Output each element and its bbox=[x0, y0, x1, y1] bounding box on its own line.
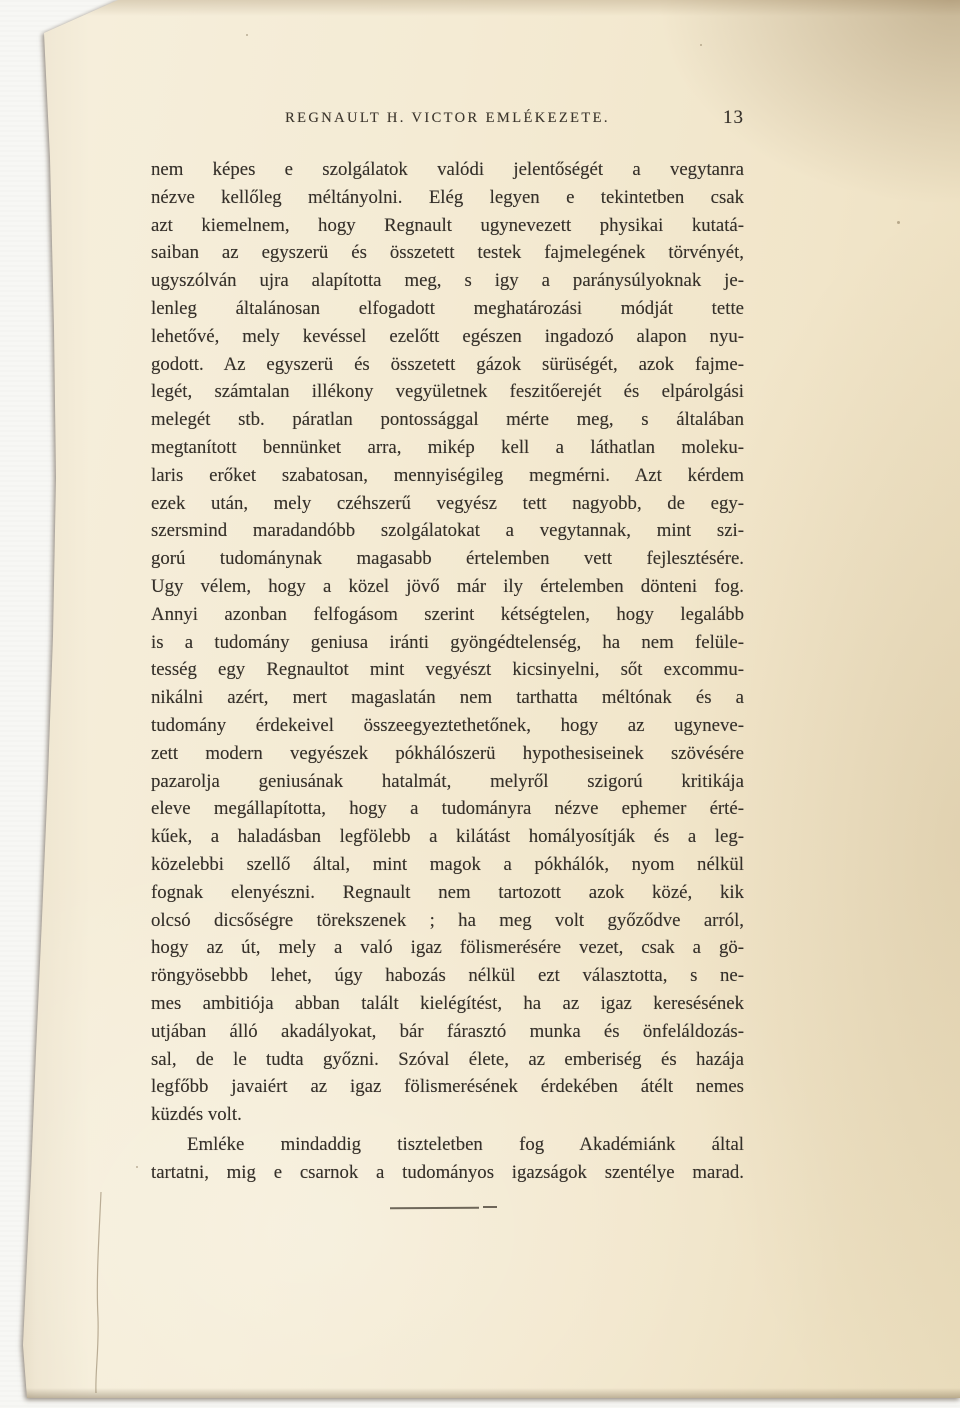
paper-speck bbox=[897, 221, 900, 224]
text-line: gorú tudománynak magasabb értelemben vet… bbox=[151, 545, 744, 573]
text-line: sal, de le tudta győzni. Szóval élete, a… bbox=[151, 1046, 744, 1074]
text-line: melegét stb. páratlan pontossággal mérte… bbox=[151, 406, 744, 434]
text-line: hogy az út, mely a való igaz fölismerésé… bbox=[151, 934, 744, 962]
body-text: nem képes e szolgálatok valódi jelentősé… bbox=[151, 156, 744, 1186]
paper-speck bbox=[700, 44, 702, 46]
text-line: nem képes e szolgálatok valódi jelentősé… bbox=[151, 156, 744, 184]
text-line: mes ambitiója abban talált kielégítést, … bbox=[151, 990, 744, 1018]
text-line: Ugy vélem, hogy a közel jövő már ily ért… bbox=[151, 573, 744, 601]
end-rule-dash bbox=[483, 1206, 497, 1208]
page-shadow-wrapper: REGNAULT H. VICTOR EMLÉKEZETE. 13 nem ké… bbox=[0, 0, 960, 1408]
text-line: laris erőket szabatosan, mennyiségileg m… bbox=[151, 462, 744, 490]
text-line: röngyösebbb lehet, úgy habozás nélkül ez… bbox=[151, 962, 744, 990]
running-header-title: REGNAULT H. VICTOR EMLÉKEZETE. bbox=[151, 110, 744, 127]
text-line: legét, számtalan illékony vegyületnek fe… bbox=[151, 378, 744, 406]
text-line: szersmind maradandóbb szolgálatokat a ve… bbox=[151, 517, 744, 545]
text-line: ugyszólván ujra alapította meg, s igy a … bbox=[151, 267, 744, 295]
text-line: lenleg általánosan elfogadott meghatároz… bbox=[151, 295, 744, 323]
text-line: nézve kellőleg méltányolni. Elég legyen … bbox=[151, 184, 744, 212]
paragraph-2: Emléke mindaddig tiszteletben fog Akadém… bbox=[151, 1131, 744, 1187]
text-line: pazarolja geniusának hatalmát, melyről s… bbox=[151, 768, 744, 796]
text-line: ezek után, mely czéhszerű vegyész tett n… bbox=[151, 490, 744, 518]
left-edge-shading bbox=[0, 0, 90, 1398]
text-line: megtanított bennünket arra, mikép kell a… bbox=[151, 434, 744, 462]
text-line: eleve megállapította, hogy a tudományra … bbox=[151, 795, 744, 823]
top-edge-shading bbox=[0, 0, 960, 16]
text-line: nikálni azért, mert magaslatán nem tarth… bbox=[151, 684, 744, 712]
paragraph-1: nem képes e szolgálatok valódi jelentősé… bbox=[151, 156, 744, 1129]
text-line: godott. Az egyszerü és összetett gázok s… bbox=[151, 351, 744, 379]
text-line: küzdés volt. bbox=[151, 1101, 744, 1129]
text-line: tartatni, mig e csarnok a tudományos iga… bbox=[151, 1159, 744, 1187]
paper-speck bbox=[246, 34, 248, 36]
paper-surface: REGNAULT H. VICTOR EMLÉKEZETE. 13 nem ké… bbox=[0, 0, 960, 1398]
bottom-edge-shading bbox=[0, 1388, 960, 1398]
text-line: is a tudomány geniusa iránti gyöngédtele… bbox=[151, 629, 744, 657]
text-line: olcsó dicsőségre törekszenek ; ha meg vo… bbox=[151, 907, 744, 935]
page-number: 13 bbox=[723, 107, 744, 129]
text-line: tudomány érdekeivel összeegyeztethetőnek… bbox=[151, 712, 744, 740]
scanned-book-page: { "page": { "header": { "title": "REGNAU… bbox=[0, 0, 960, 1408]
text-line: legfőbb javaiért az igaz fölismerésének … bbox=[151, 1073, 744, 1101]
text-line: lehetővé, mely kevéssel ezelőtt egészen … bbox=[151, 323, 744, 351]
text-line: Emléke mindaddig tiszteletben fog Akadém… bbox=[151, 1131, 744, 1159]
text-line: kűek, a haladásban legfölebb a kilátást … bbox=[151, 823, 744, 851]
text-line: közelebbi szellő által, mint magok a pók… bbox=[151, 851, 744, 879]
text-line: fognak elenyészni. Regnault nem tartozot… bbox=[151, 879, 744, 907]
text-line: azt kiemelnem, hogy Regnault ugynevezett… bbox=[151, 212, 744, 240]
text-line: tesség egy Regnaultot mint vegyészt kics… bbox=[151, 656, 744, 684]
text-line: saiban az egyszerü és összetett testek f… bbox=[151, 239, 744, 267]
end-rule bbox=[390, 1207, 479, 1209]
text-line: Annyi azonban felfogásom szerint kétségt… bbox=[151, 601, 744, 629]
text-line: zett modern vegyészek pókhálószerü hypot… bbox=[151, 740, 744, 768]
text-line: utjában álló akadályokat, bár fárasztó m… bbox=[151, 1018, 744, 1046]
paper-speck bbox=[136, 1166, 138, 1168]
